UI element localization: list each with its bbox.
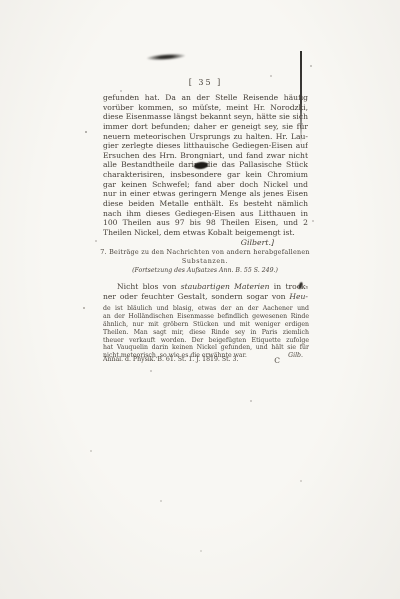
journal-imprint: Annal. d. Physik. B. 61. St. 1. J. 1819.… [103,356,238,365]
text-line: Nicht blos von staubartigen Materien in … [103,282,308,292]
footnote-line: theuer verkauft worden. Der beigefügten … [103,337,309,345]
text-line: 100 Theilen aus 97 bis 98 Theilen Eisen,… [103,218,308,228]
text-segment: in trock- [269,282,308,291]
text-line: vorüber kommen, so müſste, meint Hr. Nor… [103,103,308,113]
page-number: [ 35 ] [103,78,308,87]
footnote-line: ähnlich, nur mit gröbern Stücken und mit… [103,321,309,329]
footnote-line: hat Vauquelin darin keinen Nickel gefund… [103,344,309,352]
emphasized-text: Heu- [289,292,308,301]
text-line: neuern meteorischen Ursprungs zu halten.… [103,132,308,142]
text-line: charakterisiren, insbesondere gar kein C… [103,170,308,180]
text-segment: Nicht blos von [117,282,181,291]
footnote-line: an der Holländischen Eisenmasse befindli… [103,313,309,321]
text-line: gier zerlegte dieses litthauische Gedieg… [103,141,308,151]
section-title-line: 7. Beiträge zu den Nachrichten von ander… [100,248,310,257]
text-line: diese beiden Metalle enthält. Es besteht… [103,199,308,209]
paper-speckles [85,131,87,133]
editor-signature: Gilbert.] [103,238,308,248]
footer-imprint: Annal. d. Physik. B. 61. St. 1. J. 1819.… [103,356,308,365]
text-line: nach ihm dieses Gediegen-Eisen aus Litth… [103,209,308,219]
text-line: Theilen Nickel, dem etwas Kobalt beigeme… [103,228,308,238]
text-line: gefunden hat. Da an der Stelle Reisende … [103,93,308,103]
text-line: nur in einer etwas geringern Menge als j… [103,189,308,199]
text-line: diese Eisenmasse längst bekannt seyn, hä… [103,112,308,122]
footnote-line: de ist bläulich und blasig, etwas der an… [103,305,309,313]
footnote-block: de ist bläulich und blasig, etwas der an… [103,305,309,360]
footnote-line: Theilen. Man sagt mir, diese Rinde sey i… [103,329,309,337]
text-segment: ner oder feuchter Gestalt, sondern sogar… [103,292,289,301]
text-line: Ersuchen des Hrn. Brongniart, und fand z… [103,151,308,161]
text-line: gar keinen Schwefel; fand aber doch Nick… [103,180,308,190]
section-heading: 7. Beiträge zu den Nachrichten von ander… [100,248,310,276]
gathering-signature-mark: C [274,356,308,365]
scanned-book-page: [ 35 ] gefunden hat. Da an der Stelle Re… [0,0,400,599]
section-title-line: Substanzen. [100,257,310,266]
body-paragraph: gefunden hat. Da an der Stelle Reisende … [103,93,308,248]
ink-smudge [147,53,185,62]
text-line: immer dort befunden; daher er geneigt se… [103,122,308,132]
text-line: ner oder feuchter Gestalt, sondern sogar… [103,292,308,302]
emphasized-text: staubartigen Materien [181,282,270,291]
section-subtitle: (Fortsetzung des Aufsatzes Ann. B. 55 S.… [100,266,310,276]
body-paragraph: Nicht blos von staubartigen Materien in … [103,282,308,302]
